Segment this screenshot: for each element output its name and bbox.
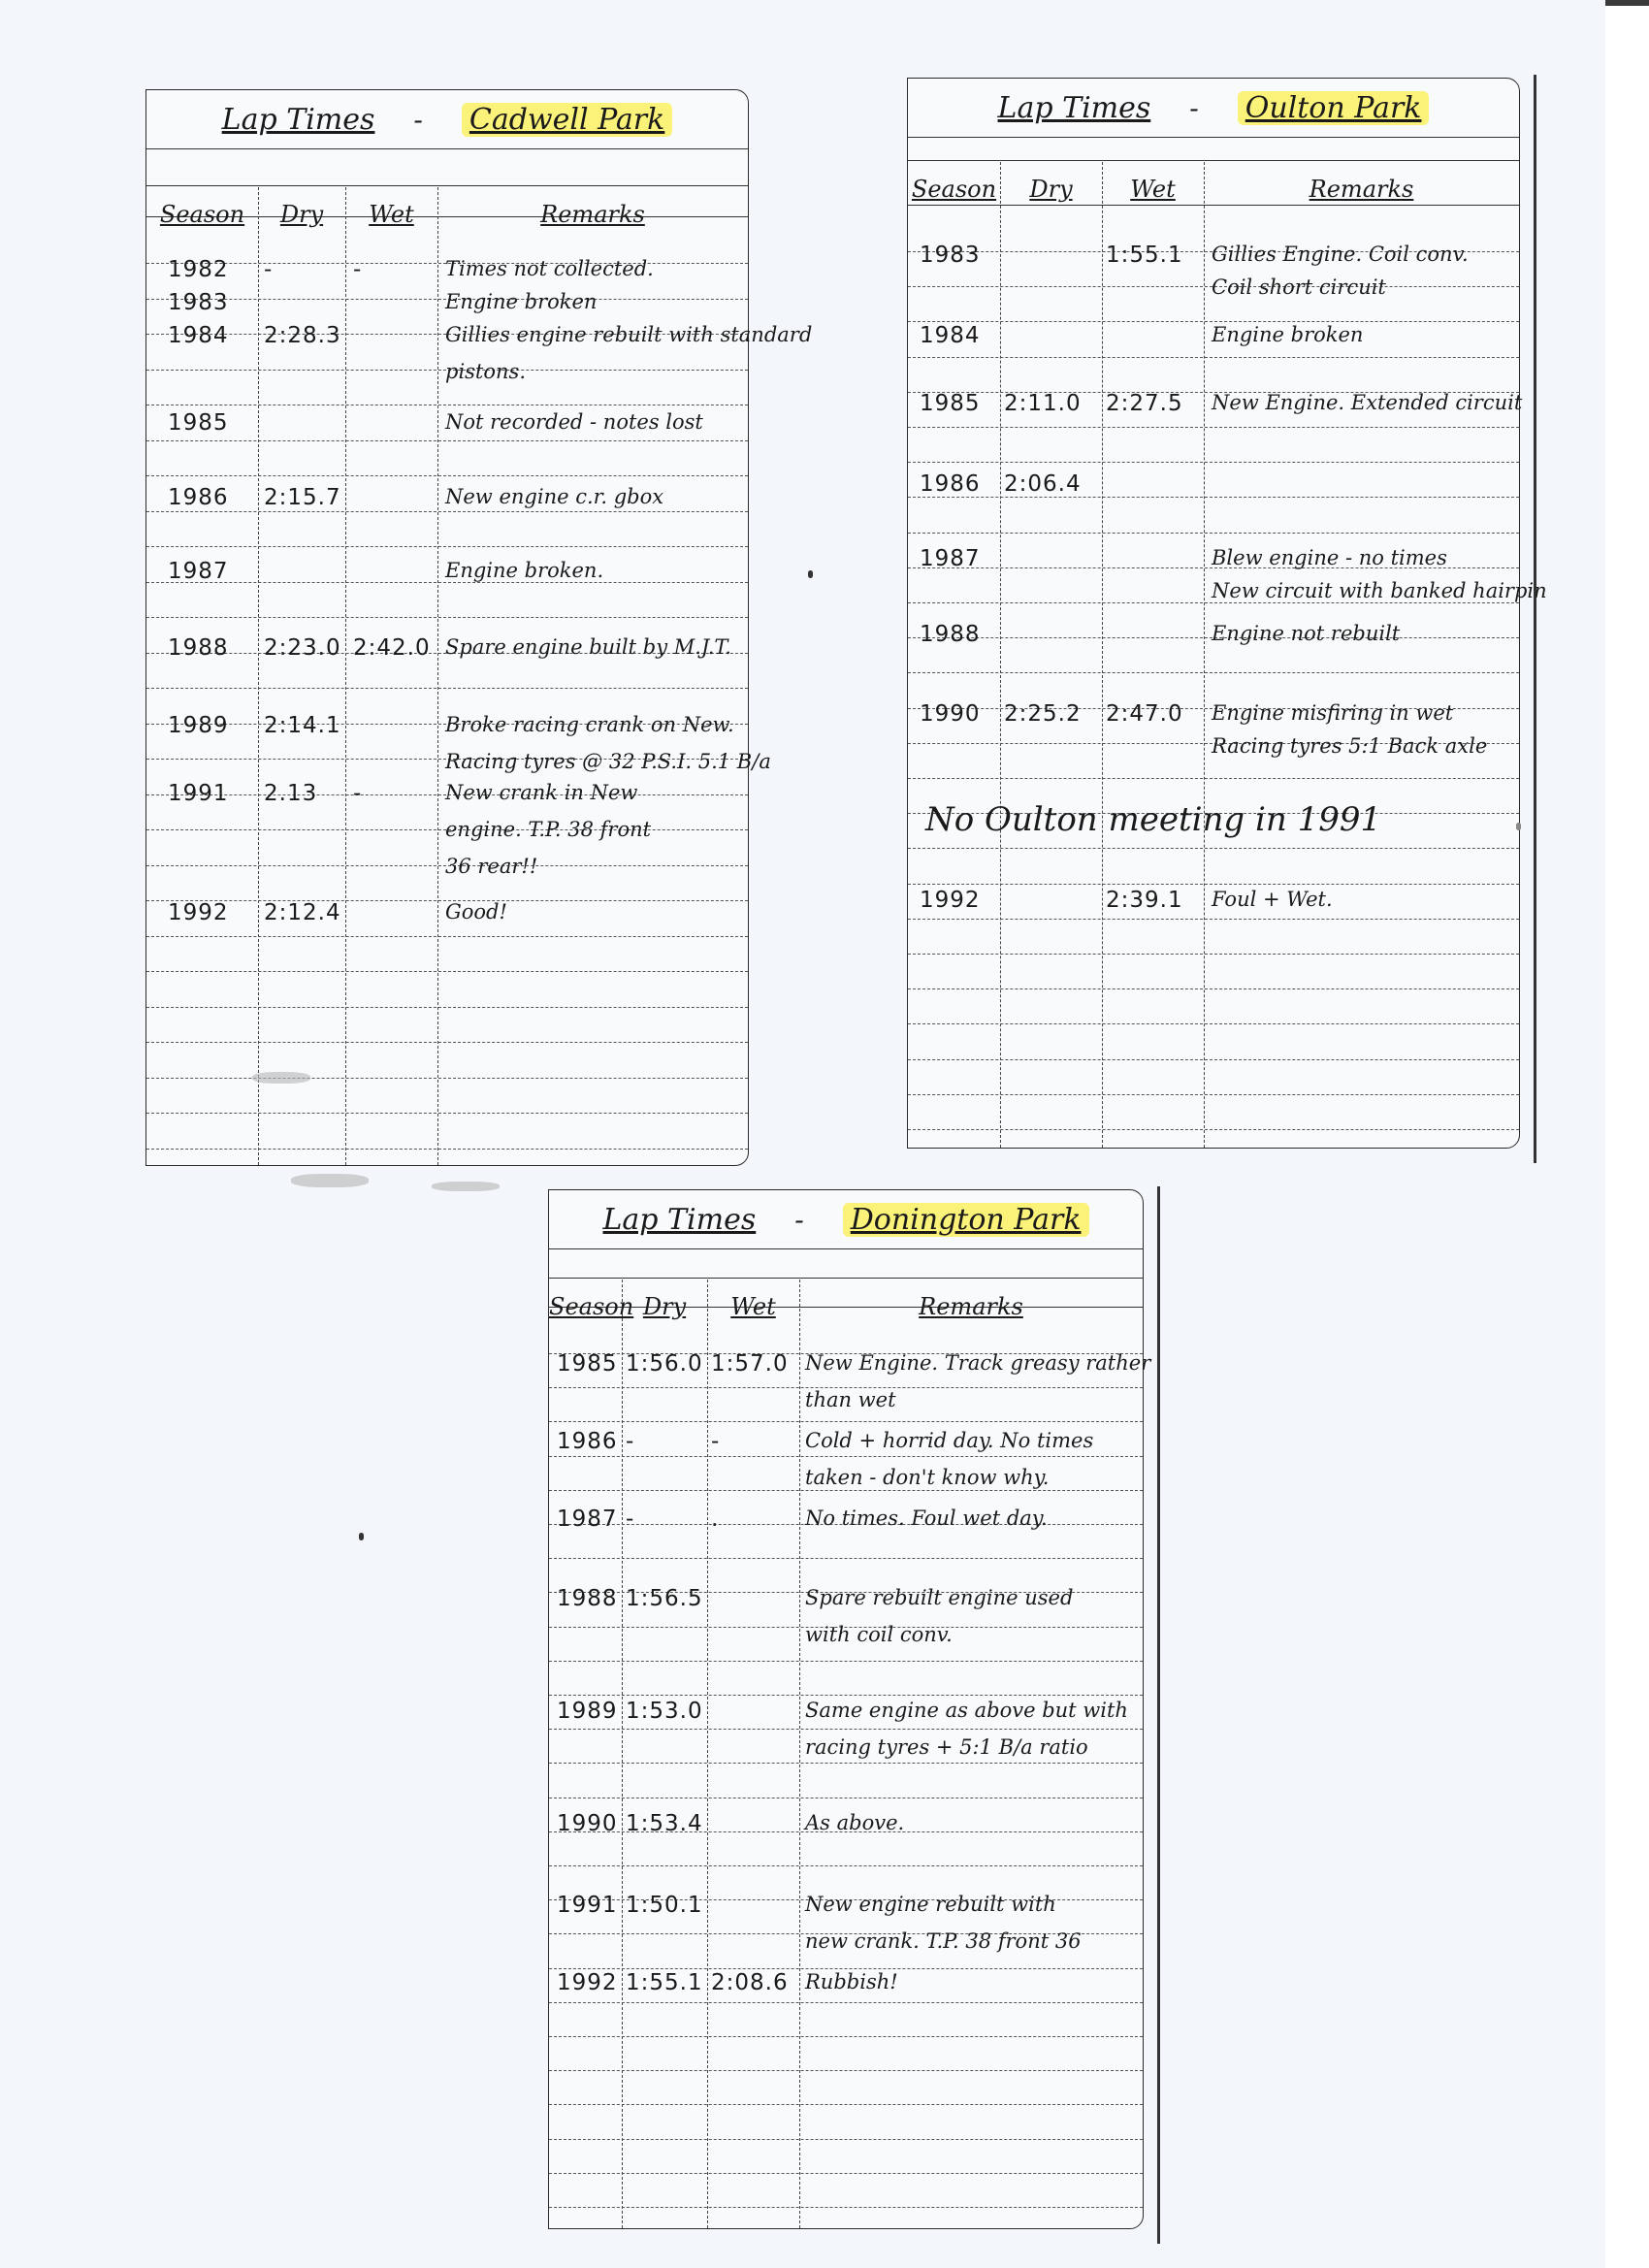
column-header-wet: Wet (707, 1293, 799, 1320)
ruled-line (146, 1113, 748, 1114)
ruled-line (146, 405, 748, 405)
scan-smudge (291, 1174, 369, 1187)
dry-time-cell: 1:50.1 (626, 1893, 703, 1918)
season-cell: 1985 (920, 391, 981, 416)
ruled-line (146, 1007, 748, 1008)
ruled-line (908, 427, 1519, 428)
ruled-line (549, 2070, 1143, 2071)
ruled-line (549, 2104, 1143, 2105)
dry-time-cell: - (626, 1507, 634, 1532)
lap-times-card-cadwell-park: Lap Times - Cadwell Park SeasonDryWetRem… (145, 89, 749, 1166)
column-header-season: Season (549, 1293, 622, 1320)
header-top-rule (146, 185, 748, 186)
remarks-cell: Racing tyres @ 32 P.S.I. 5.1 B/a (445, 750, 771, 773)
ruled-line (908, 884, 1519, 885)
venue-name-highlighted: Donington Park (843, 1203, 1089, 1237)
remarks-cell: Rubbish! (805, 1970, 898, 1993)
wet-time-cell: . (711, 1507, 719, 1532)
card-title-label: Lap Times (603, 1203, 757, 1237)
scan-speck (808, 570, 813, 578)
column-header-dry: Dry (622, 1293, 707, 1320)
remarks-cell: New engine rebuilt with (805, 1893, 1056, 1916)
remarks-cell: taken - don't know why. (805, 1466, 1049, 1489)
ruled-line (908, 778, 1519, 779)
ruled-line (549, 2002, 1143, 2003)
remarks-cell: Engine not rebuilt (1212, 622, 1400, 645)
season-cell: 1988 (920, 622, 981, 647)
season-cell: 1990 (920, 701, 981, 727)
scan-edge-strip (1605, 0, 1649, 2268)
ruled-line (908, 988, 1519, 989)
ruled-line (908, 1023, 1519, 1024)
column-header-remarks: Remarks (1204, 176, 1519, 203)
ruled-line (908, 1094, 1519, 1095)
dry-time-cell: 2:28.3 (264, 323, 341, 348)
dry-time-cell: 2:25.2 (1004, 701, 1082, 727)
wet-time-cell: 2:39.1 (1106, 888, 1183, 913)
remarks-cell: Racing tyres 5:1 Back axle (1212, 734, 1487, 758)
dry-time-cell: 2:23.0 (264, 635, 341, 661)
dry-time-cell: 1:56.5 (626, 1586, 703, 1611)
wet-time-cell: 1:57.0 (711, 1351, 789, 1377)
lap-times-card-oulton-park: Lap Times - Oulton Park SeasonDryWetRema… (907, 78, 1520, 1149)
remarks-cell: than wet (805, 1388, 896, 1411)
ruled-line (146, 511, 748, 512)
ruled-line (549, 1456, 1143, 1457)
remarks-cell: Gillies engine rebuilt with standard (445, 323, 812, 346)
ruled-line (908, 954, 1519, 955)
card-edge-shadow (1534, 75, 1536, 1163)
title-separator: - (1189, 92, 1198, 124)
ruled-line (908, 919, 1519, 920)
season-cell: 1992 (557, 1970, 618, 1995)
season-cell: 1986 (920, 471, 981, 497)
remarks-cell: Spare rebuilt engine used (805, 1586, 1073, 1609)
header-top-rule (908, 160, 1519, 161)
remarks-cell: Gillies Engine. Coil conv. (1212, 243, 1469, 266)
dry-time-cell: 1:53.0 (626, 1699, 703, 1724)
season-cell: 1990 (557, 1811, 618, 1836)
wet-time-cell: 2:42.0 (353, 635, 431, 661)
wet-time-cell: - (353, 257, 362, 282)
remarks-cell: Same engine as above but with (805, 1699, 1128, 1722)
ruled-line (908, 497, 1519, 498)
ruled-line (908, 672, 1519, 673)
column-header-dry: Dry (1000, 176, 1102, 203)
header-bottom-rule (908, 205, 1519, 206)
ruled-line (146, 971, 748, 972)
season-cell: 1987 (557, 1507, 618, 1532)
column-header-season: Season (908, 176, 1000, 203)
ruled-line (549, 2207, 1143, 2208)
remarks-cell: new crank. T.P. 38 front 36 (805, 1929, 1082, 1953)
ruled-line (146, 546, 748, 547)
ruled-line (146, 440, 748, 441)
column-header-season: Season (146, 201, 258, 228)
column-header-wet: Wet (1102, 176, 1204, 203)
ruled-line (908, 602, 1519, 603)
season-cell: 1982 (168, 257, 229, 282)
ruled-line (146, 688, 748, 689)
wet-time-cell: 1:55.1 (1106, 243, 1183, 268)
ruled-line (146, 936, 748, 937)
remarks-cell: Engine broken. (445, 559, 603, 582)
column-divider (1102, 162, 1103, 1148)
remarks-cell: New crank in New (445, 781, 637, 804)
no-meeting-note: No Oulton meeting in 1991 (925, 800, 1381, 839)
remarks-cell: New Engine. Track greasy rather (805, 1351, 1150, 1375)
remarks-cell: No times. Foul wet day. (805, 1507, 1048, 1530)
remarks-cell: Engine broken (1212, 323, 1363, 346)
scan-edge-mark (1605, 0, 1649, 6)
remarks-cell: Engine misfiring in wet (1212, 701, 1453, 725)
wet-time-cell: 2:08.6 (711, 1970, 789, 1995)
remarks-cell: Good! (445, 900, 507, 923)
dry-time-cell: - (264, 257, 273, 282)
venue-name-highlighted: Cadwell Park (462, 103, 672, 137)
column-divider (1204, 162, 1205, 1148)
ruled-line (549, 1558, 1143, 1559)
dry-time-cell: 2.13 (264, 781, 317, 806)
ruled-line (549, 1490, 1143, 1491)
season-cell: 1988 (557, 1586, 618, 1611)
venue-name-highlighted: Oulton Park (1238, 91, 1430, 125)
remarks-cell: New Engine. Extended circuit (1212, 391, 1522, 414)
scan-speck (359, 1533, 364, 1540)
season-cell: 1985 (168, 410, 229, 436)
column-header-dry: Dry (258, 201, 345, 228)
remarks-cell: Not recorded - notes lost (445, 410, 703, 434)
dry-time-cell: 1:56.0 (626, 1351, 703, 1377)
column-header-remarks: Remarks (437, 201, 748, 228)
scan-smudge (432, 1182, 500, 1191)
dry-time-cell: 2:12.4 (264, 900, 341, 925)
season-cell: 1991 (168, 781, 229, 806)
remarks-cell: Blew engine - no times (1212, 546, 1447, 569)
season-cell: 1986 (168, 485, 229, 510)
season-cell: 1987 (168, 559, 229, 584)
dry-time-cell: 1:55.1 (626, 1970, 703, 1995)
ruled-line (908, 462, 1519, 463)
dry-time-cell: 1:53.4 (626, 1811, 703, 1836)
ruled-line (549, 1968, 1143, 1969)
dry-time-cell: 2:06.4 (1004, 471, 1082, 497)
remarks-cell: with coil conv. (805, 1623, 953, 1646)
season-cell: 1984 (920, 323, 981, 348)
remarks-cell: engine. T.P. 38 front (445, 818, 651, 841)
ruled-line (549, 1798, 1143, 1798)
ruled-line (549, 2036, 1143, 2037)
season-cell: 1992 (920, 888, 981, 913)
ruled-line (549, 1695, 1143, 1696)
ruled-line (908, 1059, 1519, 1060)
remarks-cell: As above. (805, 1811, 904, 1834)
wet-time-cell: 2:47.0 (1106, 701, 1183, 727)
season-cell: 1989 (557, 1699, 618, 1724)
ruled-line (549, 1661, 1143, 1662)
card-edge-shadow (1157, 1186, 1160, 2244)
ruled-line (146, 617, 748, 618)
card-title: Lap Times - Donington Park (549, 1190, 1143, 1249)
title-separator: - (794, 1204, 803, 1236)
remarks-cell: New engine c.r. gbox (445, 485, 663, 508)
dry-time-cell: 2:14.1 (264, 713, 341, 738)
ruled-line (549, 1729, 1143, 1730)
dry-time-cell: 2:15.7 (264, 485, 341, 510)
season-cell: 1988 (168, 635, 229, 661)
dry-time-cell: - (626, 1429, 634, 1454)
remarks-cell: Spare engine built by M.J.T. (445, 635, 731, 659)
season-cell: 1989 (168, 713, 229, 738)
season-cell: 1987 (920, 546, 981, 571)
ruled-line (908, 533, 1519, 534)
ruled-line (146, 1078, 748, 1079)
card-title-label: Lap Times (998, 91, 1151, 125)
remarks-cell: racing tyres + 5:1 B/a ratio (805, 1735, 1088, 1759)
remarks-cell: Coil short circuit (1212, 275, 1386, 299)
card-title: Lap Times - Cadwell Park (146, 90, 748, 149)
ruled-line (549, 1865, 1143, 1866)
season-cell: 1985 (557, 1351, 618, 1377)
column-header-remarks: Remarks (799, 1293, 1143, 1320)
season-cell: 1984 (168, 323, 229, 348)
ruled-line (549, 1421, 1143, 1422)
wet-time-cell: - (711, 1429, 720, 1454)
remarks-cell: Foul + Wet. (1212, 888, 1333, 911)
card-title-label: Lap Times (222, 103, 375, 137)
dry-time-cell: 2:11.0 (1004, 391, 1082, 416)
column-header-wet: Wet (345, 201, 437, 228)
season-cell: 1986 (557, 1429, 618, 1454)
remarks-cell: Engine broken (445, 290, 597, 313)
ruled-line (908, 1129, 1519, 1130)
scan-smudge (252, 1072, 310, 1084)
wet-time-cell: 2:27.5 (1106, 391, 1183, 416)
header-top-rule (549, 1278, 1143, 1279)
ruled-line (146, 1149, 748, 1150)
remarks-cell: New circuit with banked hairpin (1212, 579, 1547, 602)
column-divider (1000, 162, 1001, 1148)
remarks-cell: Times not collected. (445, 257, 654, 280)
remarks-cell: 36 rear!! (445, 855, 537, 878)
ruled-line (146, 475, 748, 476)
scan-speck (1516, 823, 1521, 830)
remarks-cell: Cold + horrid day. No times (805, 1429, 1093, 1452)
ruled-line (908, 848, 1519, 849)
lap-times-card-donington-park: Lap Times - Donington Park SeasonDryWetR… (548, 1189, 1144, 2229)
ruled-line (146, 1042, 748, 1043)
card-title: Lap Times - Oulton Park (908, 79, 1519, 138)
season-cell: 1991 (557, 1893, 618, 1918)
season-cell: 1983 (920, 243, 981, 268)
season-cell: 1992 (168, 900, 229, 925)
season-cell: 1983 (168, 290, 229, 315)
title-separator: - (413, 104, 422, 136)
ruled-line (549, 1763, 1143, 1764)
remarks-cell: Broke racing crank on New. (445, 713, 734, 736)
wet-time-cell: - (353, 781, 362, 806)
remarks-cell: pistons. (445, 360, 526, 383)
ruled-line (908, 357, 1519, 358)
ruled-line (549, 2173, 1143, 2174)
ruled-line (549, 2139, 1143, 2140)
